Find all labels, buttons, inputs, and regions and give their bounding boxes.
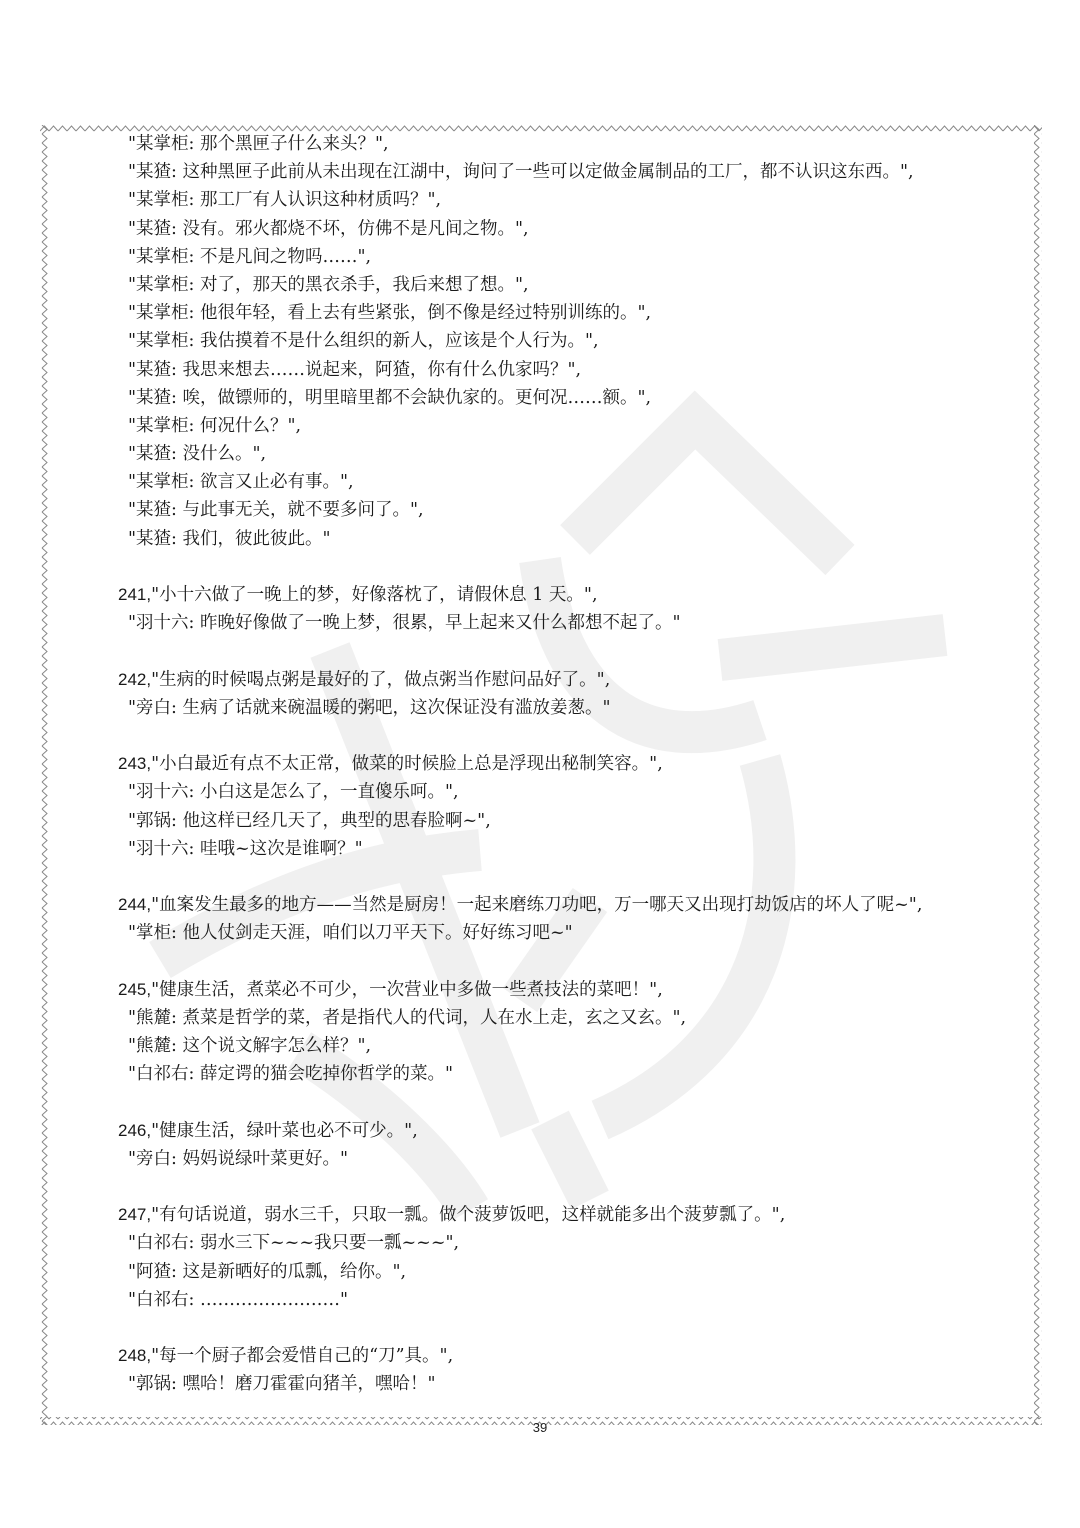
dialogue-block-continuation: "某掌柜: 那个黑匣子什么来头？", "某猹: 这种黑匣子此前从未出现在江湖中，… bbox=[118, 130, 998, 553]
entry-title-text: "小十六做了一晚上的梦，好像落枕了，请假休息 1 天。", bbox=[151, 585, 597, 605]
dialogue-line: "白祁右: ……………………" bbox=[118, 1286, 998, 1314]
entry-title: 241,"小十六做了一晚上的梦，好像落枕了，请假休息 1 天。", bbox=[118, 581, 998, 609]
dialogue-line: "某猹: 我思来想去……说起来，阿猹，你有什么仇家吗？", bbox=[118, 356, 998, 384]
entry-title-text: "生病的时候喝点粥是最好的了，做点粥当作慰问品好了。", bbox=[151, 670, 610, 690]
entry-244: 244,"血案发生最多的地方——当然是厨房！一起来磨练刀功吧，万一哪天又出现打劫… bbox=[118, 891, 998, 947]
dialogue-line: "某掌柜: 不是凡间之物吗……", bbox=[118, 243, 998, 271]
entry-number: 246, bbox=[118, 1121, 151, 1140]
spacer bbox=[118, 1088, 998, 1116]
dialogue-line: "羽十六: 昨晚好像做了一晚上梦，很累，早上起来又什么都想不起了。" bbox=[118, 609, 998, 637]
spacer bbox=[118, 863, 998, 891]
entry-title-text: "血案发生最多的地方——当然是厨房！一起来磨练刀功吧，万一哪天又出现打劫饭店的坏… bbox=[151, 895, 922, 915]
page-number: 39 bbox=[0, 1420, 1080, 1435]
dialogue-line: "某掌柜: 他很年轻，看上去有些紧张，倒不像是经过特别训练的。", bbox=[118, 299, 998, 327]
dialogue-line: "某掌柜: 欲言又止必有事。", bbox=[118, 468, 998, 496]
dialogue-line: "某猹: 没什么。", bbox=[118, 440, 998, 468]
entry-247: 247,"有句话说道，弱水三千，只取一瓢。做个菠萝饭吧，这样就能多出个菠萝瓢了。… bbox=[118, 1201, 998, 1314]
dialogue-line: "熊麓: 煮菜是哲学的菜，者是指代人的代词，人在水上走，玄之又玄。", bbox=[118, 1004, 998, 1032]
dialogue-line: "某猹: 唉，做镖师的，明里暗里都不会缺仇家的。更何况……额。", bbox=[118, 384, 998, 412]
dialogue-line: "某猹: 这种黑匣子此前从未出现在江湖中，询问了一些可以定做金属制品的工厂，都不… bbox=[118, 158, 998, 186]
entry-title-text: "有句话说道，弱水三千，只取一瓢。做个菠萝饭吧，这样就能多出个菠萝瓢了。", bbox=[151, 1205, 785, 1225]
dialogue-line: "旁白: 妈妈说绿叶菜更好。" bbox=[118, 1145, 998, 1173]
entry-248: 248,"每一个厨子都会爱惜自己的“刀”具。", "郭锅: 嘿哈！磨刀霍霍向猪羊… bbox=[118, 1342, 998, 1398]
dialogue-line: "某猹: 我们，彼此彼此。" bbox=[118, 525, 998, 553]
entry-title: 242,"生病的时候喝点粥是最好的了，做点粥当作慰问品好了。", bbox=[118, 666, 998, 694]
entry-number: 244, bbox=[118, 895, 151, 914]
entry-number: 245, bbox=[118, 980, 151, 999]
entry-title-text: "小白最近有点不太正常，做菜的时候脸上总是浮现出秘制笑容。", bbox=[151, 754, 663, 774]
entry-title: 247,"有句话说道，弱水三千，只取一瓢。做个菠萝饭吧，这样就能多出个菠萝瓢了。… bbox=[118, 1201, 998, 1229]
dialogue-line: "某掌柜: 那工厂有人认识这种材质吗？", bbox=[118, 186, 998, 214]
entry-title: 245,"健康生活，煮菜必不可少，一次营业中多做一些煮技法的菜吧！", bbox=[118, 976, 998, 1004]
entry-242: 242,"生病的时候喝点粥是最好的了，做点粥当作慰问品好了。", "旁白: 生病… bbox=[118, 666, 998, 722]
entry-title-text: "健康生活，煮菜必不可少，一次营业中多做一些煮技法的菜吧！", bbox=[151, 980, 663, 1000]
spacer bbox=[118, 1314, 998, 1342]
entry-number: 241, bbox=[118, 585, 151, 604]
entry-number: 242, bbox=[118, 670, 151, 689]
dialogue-line: "某掌柜: 对了，那天的黑衣杀手，我后来想了想。", bbox=[118, 271, 998, 299]
dialogue-line: "熊麓: 这个说文解字怎么样？", bbox=[118, 1032, 998, 1060]
entry-243: 243,"小白最近有点不太正常，做菜的时候脸上总是浮现出秘制笑容。", "羽十六… bbox=[118, 750, 998, 863]
dialogue-line: "某掌柜: 那个黑匣子什么来头？", bbox=[118, 130, 998, 158]
entry-241: 241,"小十六做了一晚上的梦，好像落枕了，请假休息 1 天。", "羽十六: … bbox=[118, 581, 998, 637]
dialogue-line: "白祁右: 弱水三下~~~我只要一瓢~~~", bbox=[118, 1229, 998, 1257]
entry-title-text: "每一个厨子都会爱惜自己的“刀”具。", bbox=[151, 1346, 453, 1366]
spacer bbox=[118, 722, 998, 750]
dialogue-line: "阿猹: 这是新晒好的瓜瓢，给你。", bbox=[118, 1258, 998, 1286]
document-body: "某掌柜: 那个黑匣子什么来头？", "某猹: 这种黑匣子此前从未出现在江湖中，… bbox=[118, 130, 998, 1398]
spacer bbox=[118, 553, 998, 581]
entry-number: 248, bbox=[118, 1346, 151, 1365]
dialogue-line: "某掌柜: 我估摸着不是什么组织的新人，应该是个人行为。", bbox=[118, 327, 998, 355]
entry-number: 243, bbox=[118, 754, 151, 773]
entry-number: 247, bbox=[118, 1205, 151, 1224]
dialogue-line: "某掌柜: 何况什么？", bbox=[118, 412, 998, 440]
dialogue-line: "白祁右: 薛定谔的猫会吃掉你哲学的菜。" bbox=[118, 1060, 998, 1088]
dialogue-line: "旁白: 生病了话就来碗温暖的粥吧，这次保证没有滥放姜葱。" bbox=[118, 694, 998, 722]
entry-title: 244,"血案发生最多的地方——当然是厨房！一起来磨练刀功吧，万一哪天又出现打劫… bbox=[118, 891, 998, 919]
dialogue-line: "郭锅: 他这样已经几天了，典型的思春脸啊~", bbox=[118, 807, 998, 835]
entry-title: 243,"小白最近有点不太正常，做菜的时候脸上总是浮现出秘制笑容。", bbox=[118, 750, 998, 778]
spacer bbox=[118, 637, 998, 665]
entry-245: 245,"健康生活，煮菜必不可少，一次营业中多做一些煮技法的菜吧！", "熊麓:… bbox=[118, 976, 998, 1089]
dialogue-line: "某猹: 没有。邪火都烧不坏，仿佛不是凡间之物。", bbox=[118, 215, 998, 243]
dialogue-line: "某猹: 与此事无关，就不要多问了。", bbox=[118, 496, 998, 524]
entry-title: 248,"每一个厨子都会爱惜自己的“刀”具。", bbox=[118, 1342, 998, 1370]
entry-title-text: "健康生活，绿叶菜也必不可少。", bbox=[151, 1121, 418, 1141]
entry-246: 246,"健康生活，绿叶菜也必不可少。", "旁白: 妈妈说绿叶菜更好。" bbox=[118, 1117, 998, 1173]
dialogue-line: "掌柜: 他人仗剑走天涯，咱们以刀平天下。好好练习吧~" bbox=[118, 919, 998, 947]
dialogue-line: "羽十六: 哇哦~这次是谁啊？" bbox=[118, 835, 998, 863]
entry-title: 246,"健康生活，绿叶菜也必不可少。", bbox=[118, 1117, 998, 1145]
dialogue-line: "郭锅: 嘿哈！磨刀霍霍向猪羊，嘿哈！" bbox=[118, 1370, 998, 1398]
spacer bbox=[118, 1173, 998, 1201]
dialogue-line: "羽十六: 小白这是怎么了，一直傻乐呵。", bbox=[118, 778, 998, 806]
spacer bbox=[118, 947, 998, 975]
